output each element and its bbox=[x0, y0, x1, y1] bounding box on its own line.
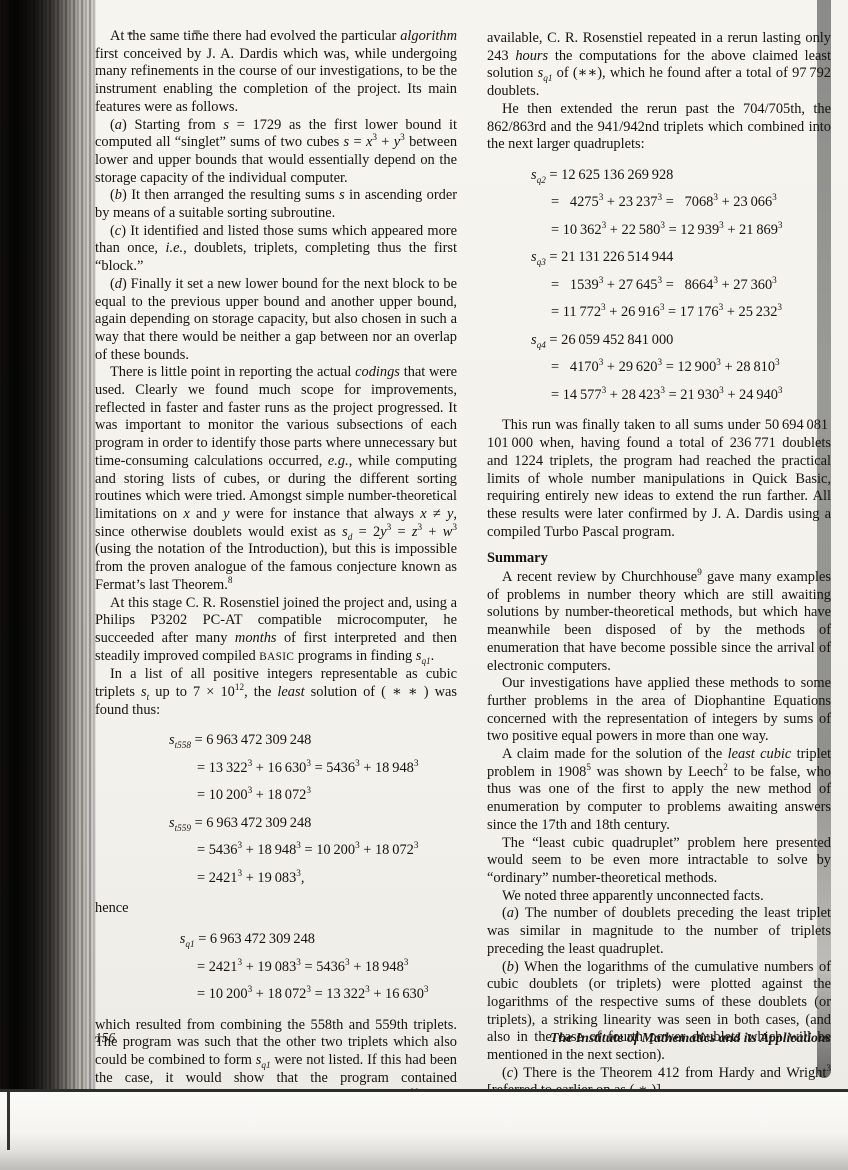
equation-line: = 42753 + 23 2373 = 70683 + 23 0663 bbox=[551, 189, 831, 217]
paragraph: (a) Starting from s = 1729 as the first … bbox=[95, 117, 457, 188]
paragraph: hence bbox=[95, 900, 457, 918]
equation-line: = 10 2003 + 18 0723 = 13 3223 + 16 6303 bbox=[197, 981, 457, 1009]
equation-line: = 13 3223 + 16 6303 = 54363 + 18 9483 bbox=[197, 755, 457, 783]
paragraph: available, C. R. Rosenstiel repeated in … bbox=[487, 30, 831, 101]
equation-line: = 24213 + 19 0833, bbox=[197, 865, 457, 893]
journal-imprint: The Institute of Mathematics and its App… bbox=[550, 1030, 831, 1046]
paragraph: We noted three apparently unconnected fa… bbox=[487, 888, 831, 906]
paragraph: A recent review by Churchhouse9 gave man… bbox=[487, 569, 831, 675]
paragraph: (b) When the logarithms of the cumulativ… bbox=[487, 959, 831, 1065]
paragraph: (b) It then arranged the resulting sums … bbox=[95, 187, 457, 222]
equations-st558-st559: st558 = 6 963 472 309 248= 13 3223 + 16 … bbox=[95, 727, 457, 892]
equation-line: sq2 = 12 625 136 269 928 bbox=[531, 162, 831, 190]
paragraph: This run was finally taken to all sums u… bbox=[487, 417, 831, 541]
page-number: 156 bbox=[95, 1030, 115, 1046]
equation-line: = 41703 + 29 6203 = 12 9003 + 28 8103 bbox=[551, 354, 831, 382]
equation-line: sq3 = 21 131 226 514 944 bbox=[531, 244, 831, 272]
book-binding-shadow bbox=[0, 0, 96, 1089]
paragraph: At this stage C. R. Rosenstiel joined th… bbox=[95, 595, 457, 667]
paragraph: In a list of all positive integers repre… bbox=[95, 666, 457, 719]
equation-line: sq1 = 6 963 472 309 248 bbox=[169, 926, 457, 954]
left-column: At the same time there had evolved the p… bbox=[95, 28, 457, 1141]
equation-line: st558 = 6 963 472 309 248 bbox=[169, 727, 457, 755]
scanner-background bbox=[0, 1089, 848, 1170]
equation-line: = 11 7723 + 26 9163 = 17 1763 + 25 2323 bbox=[551, 299, 831, 327]
paragraph: (c) It identified and listed those sums … bbox=[95, 223, 457, 276]
equation-line: = 24213 + 19 0833 = 54363 + 18 9483 bbox=[197, 954, 457, 982]
equation-line: = 15393 + 27 6453 = 86643 + 27 3603 bbox=[551, 272, 831, 300]
equations-sq1: sq1 = 6 963 472 309 248= 24213 + 19 0833… bbox=[95, 926, 457, 1009]
paper-sheet: At the same time there had evolved the p… bbox=[0, 0, 848, 1091]
paragraph: There is little point in reporting the a… bbox=[95, 364, 457, 594]
summary-heading: Summary bbox=[487, 550, 831, 568]
equations-sq2-sq3-sq4: sq2 = 12 625 136 269 928= 42753 + 23 237… bbox=[487, 162, 831, 410]
paragraph: (d) Finally it set a new lower bound for… bbox=[95, 276, 457, 365]
paragraph: The “least cubic quadruplet” problem her… bbox=[487, 835, 831, 888]
paragraph: Our investigations have applied these me… bbox=[487, 675, 831, 746]
paragraph: He then extended the rerun past the 704/… bbox=[487, 101, 831, 154]
equation-line: st559 = 6 963 472 309 248 bbox=[169, 810, 457, 838]
paragraph: (a) The number of doublets preceding the… bbox=[487, 905, 831, 958]
equation-line: = 54363 + 18 9483 = 10 2003 + 18 0723 bbox=[197, 837, 457, 865]
paragraph: A claim made for the solution of the lea… bbox=[487, 746, 831, 835]
equation-line: = 10 3623 + 22 5803 = 12 9393 + 21 8693 bbox=[551, 217, 831, 245]
paragraph: At the same time there had evolved the p… bbox=[95, 28, 457, 117]
equation-line: = 14 5773 + 28 4233 = 21 9303 + 24 9403 bbox=[551, 382, 831, 410]
next-page-edge-line bbox=[7, 1092, 10, 1150]
equation-line: sq4 = 26 059 452 841 000 bbox=[531, 327, 831, 355]
scanned-journal-page: At the same time there had evolved the p… bbox=[0, 0, 848, 1170]
right-column: available, C. R. Rosenstiel repeated in … bbox=[487, 30, 831, 1153]
equation-line: = 10 2003 + 18 0723 bbox=[197, 782, 457, 810]
